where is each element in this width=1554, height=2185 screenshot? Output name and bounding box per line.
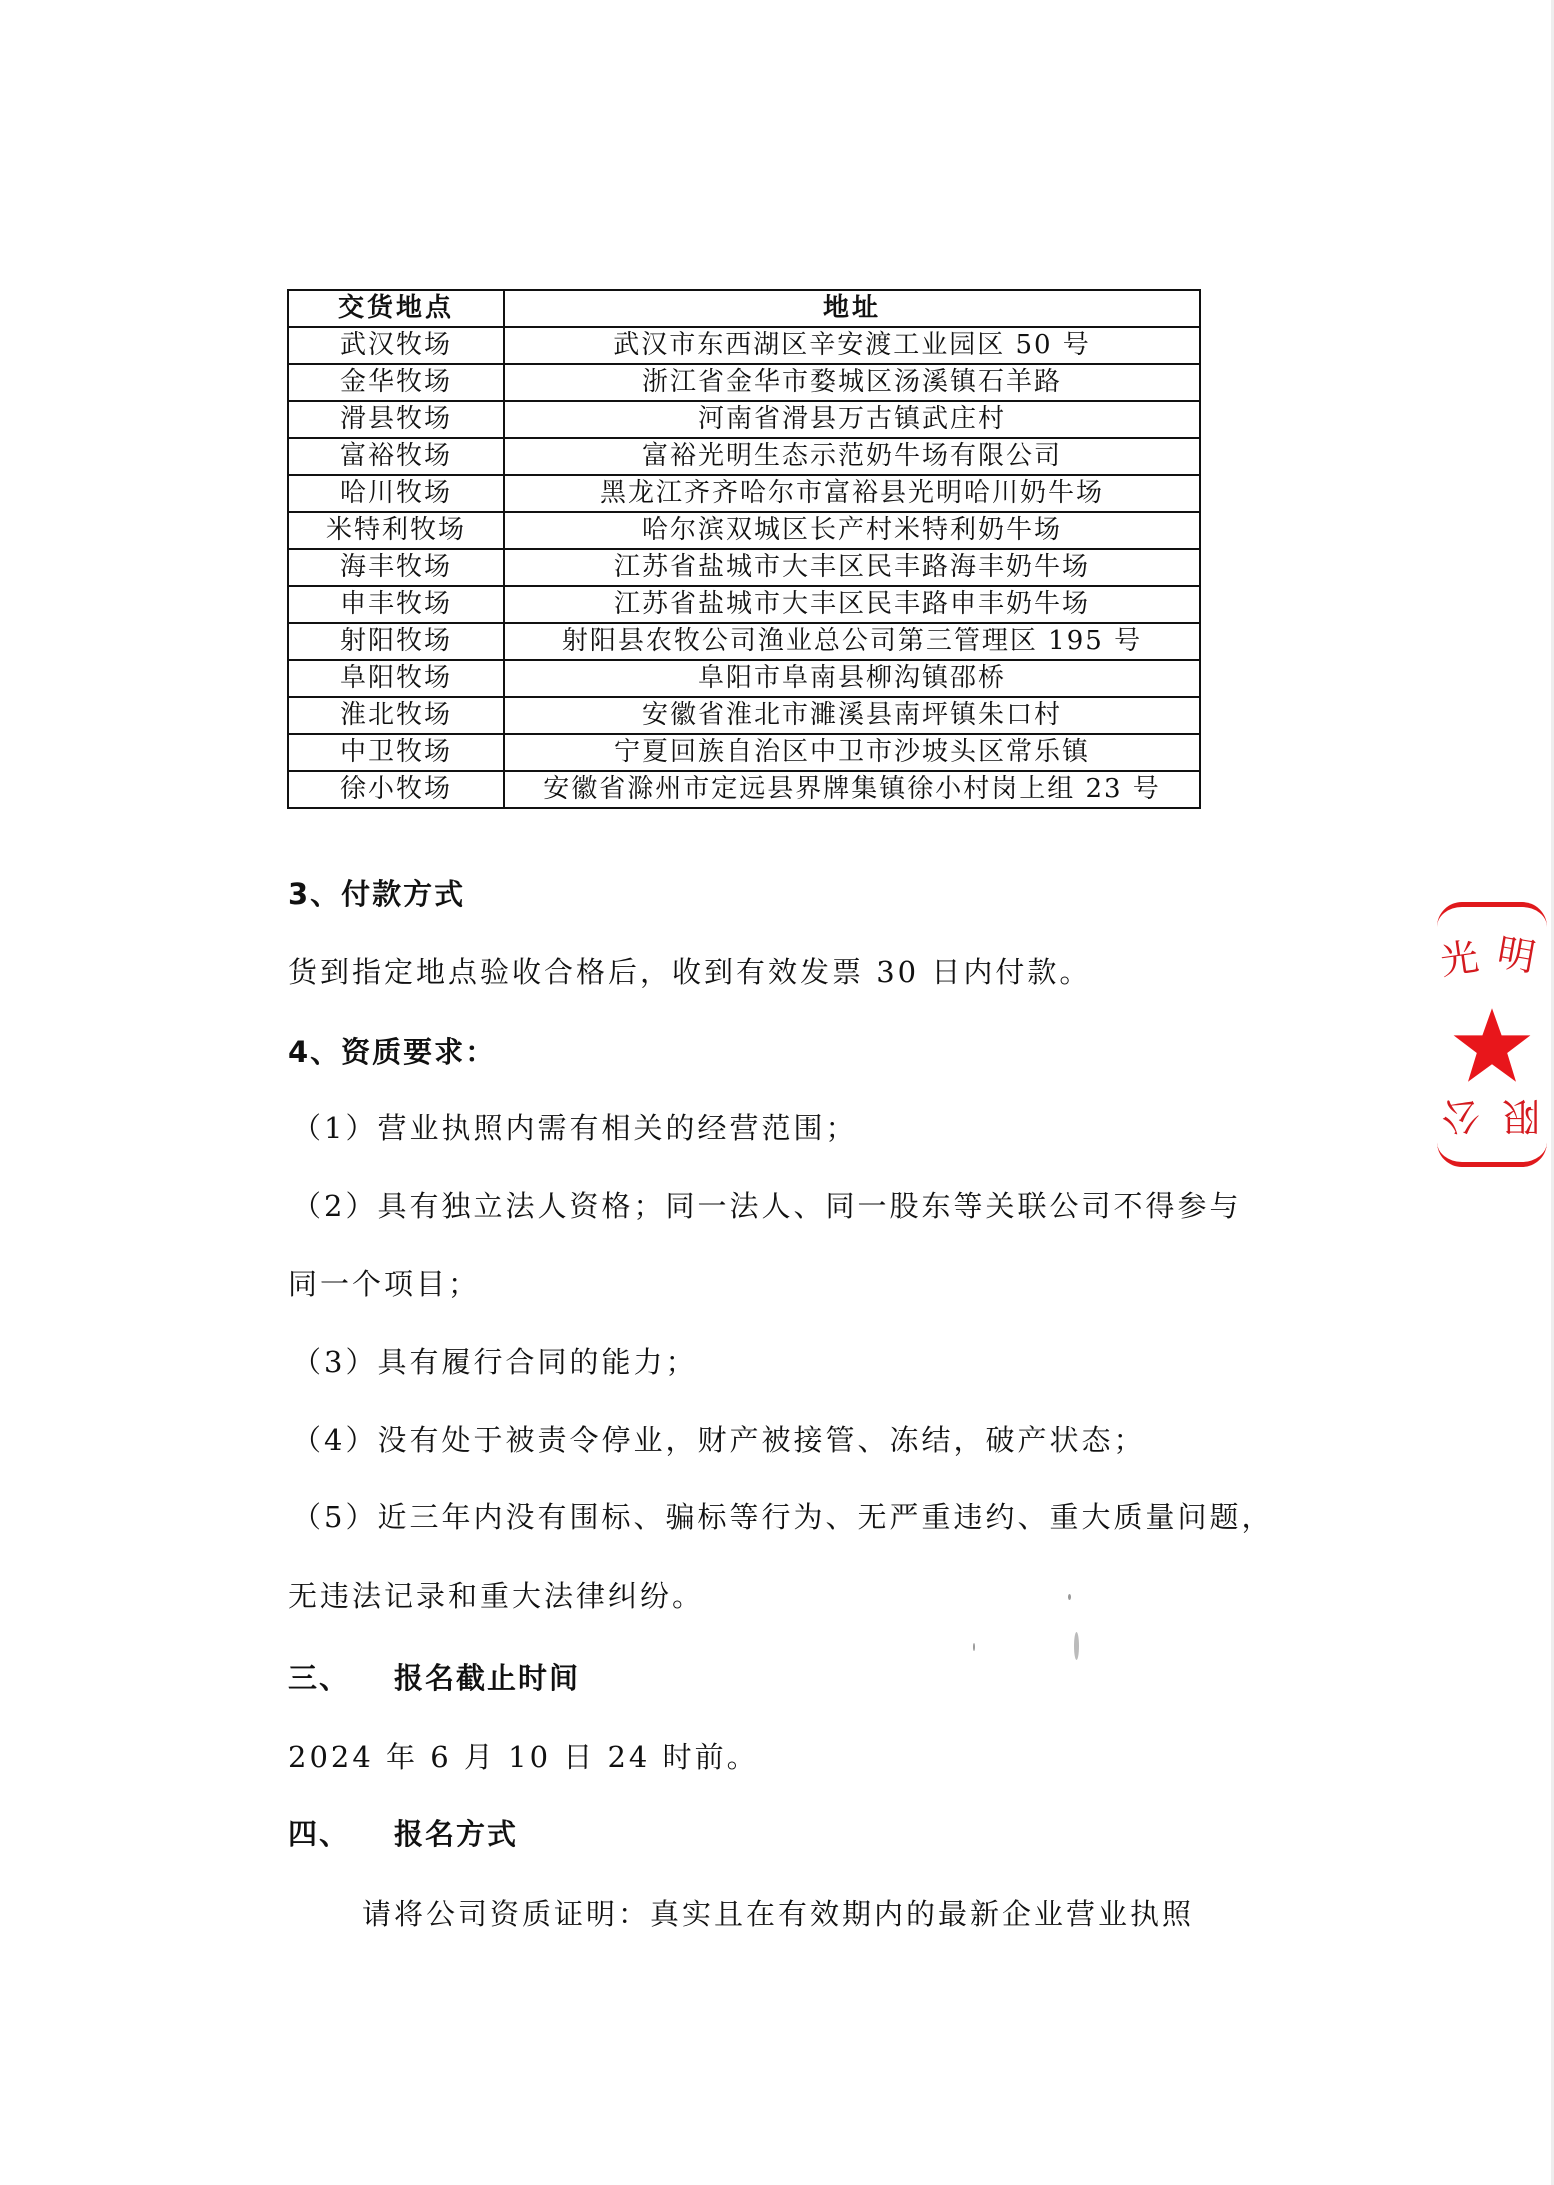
seal-char: 光 <box>1436 926 1481 986</box>
registration-number: 四、 <box>288 1817 350 1851</box>
company-seal: 光 明 公 限 <box>1432 880 1554 1180</box>
seal-arc-bottom <box>1437 1142 1547 1167</box>
seal-char: 明 <box>1494 921 1541 982</box>
table-header-row: 交货地点 地址 <box>288 290 1200 327</box>
qualification-item-5: （5）近三年内没有围标、骗标等行为、无严重违约、重大质量问题， <box>292 1495 1273 1536</box>
address-cell: 阜阳市阜南县柳沟镇邵桥 <box>504 660 1200 697</box>
table-row: 徐小牧场安徽省滁州市定远县界牌集镇徐小村岗上组 23 号 <box>288 771 1200 808</box>
registration-text: 请将公司资质证明：真实且在有效期内的最新企业营业执照 <box>362 1892 1194 1933</box>
address-cell: 安徽省淮北市濉溪县南坪镇朱口村 <box>504 697 1200 734</box>
table-row: 射阳牧场射阳县农牧公司渔业总公司第三管理区 195 号 <box>288 623 1200 660</box>
address-cell: 哈尔滨双城区长产村米特利奶牛场 <box>504 512 1200 549</box>
address-cell: 浙江省金华市婺城区汤溪镇石羊路 <box>504 364 1200 401</box>
address-cell: 宁夏回族自治区中卫市沙坡头区常乐镇 <box>504 734 1200 771</box>
location-cell: 哈川牧场 <box>288 475 504 512</box>
table-row: 淮北牧场安徽省淮北市濉溪县南坪镇朱口村 <box>288 697 1200 734</box>
deadline-number: 三、 <box>288 1661 350 1695</box>
location-cell: 滑县牧场 <box>288 401 504 438</box>
table-row: 米特利牧场哈尔滨双城区长产村米特利奶牛场 <box>288 512 1200 549</box>
document-page: 交货地点 地址 武汉牧场武汉市东西湖区辛安渡工业园区 50 号 金华牧场浙江省金… <box>0 0 1554 2185</box>
table-row: 申丰牧场江苏省盐城市大丰区民丰路申丰奶牛场 <box>288 586 1200 623</box>
registration-heading: 四、报名方式 <box>288 1812 518 1853</box>
table-row: 阜阳牧场阜阳市阜南县柳沟镇邵桥 <box>288 660 1200 697</box>
scan-speck <box>1068 1594 1071 1600</box>
scan-speck <box>1074 1632 1079 1660</box>
registration-title: 报名方式 <box>394 1817 518 1851</box>
qualification-item-3: （3）具有履行合同的能力； <box>292 1340 697 1381</box>
table-row: 金华牧场浙江省金华市婺城区汤溪镇石羊路 <box>288 364 1200 401</box>
location-cell: 射阳牧场 <box>288 623 504 660</box>
seal-char: 限 <box>1502 1092 1540 1147</box>
deadline-text: 2024 年 6 月 10 日 24 时前。 <box>288 1735 759 1776</box>
scan-speck <box>973 1643 975 1651</box>
location-cell: 中卫牧场 <box>288 734 504 771</box>
table-row: 哈川牧场黑龙江齐齐哈尔市富裕县光明哈川奶牛场 <box>288 475 1200 512</box>
address-cell: 江苏省盐城市大丰区民丰路申丰奶牛场 <box>504 586 1200 623</box>
qualification-item-2-cont: 同一个项目； <box>288 1262 480 1303</box>
location-cell: 武汉牧场 <box>288 327 504 364</box>
seal-star-icon <box>1452 1005 1532 1085</box>
deadline-heading: 三、报名截止时间 <box>288 1656 580 1697</box>
table-row: 富裕牧场富裕光明生态示范奶牛场有限公司 <box>288 438 1200 475</box>
location-cell: 阜阳牧场 <box>288 660 504 697</box>
column-header-address: 地址 <box>504 290 1200 327</box>
payment-heading: 3、付款方式 <box>288 872 465 913</box>
qualification-item-4: （4）没有处于被责令停业，财产被接管、冻结，破产状态； <box>292 1418 1145 1459</box>
address-cell: 富裕光明生态示范奶牛场有限公司 <box>504 438 1200 475</box>
location-cell: 徐小牧场 <box>288 771 504 808</box>
payment-text: 货到指定地点验收合格后，收到有效发票 30 日内付款。 <box>288 950 1091 991</box>
qualification-item-2: （2）具有独立法人资格；同一法人、同一股东等关联公司不得参与 <box>292 1184 1241 1225</box>
table-row: 武汉牧场武汉市东西湖区辛安渡工业园区 50 号 <box>288 327 1200 364</box>
location-cell: 海丰牧场 <box>288 549 504 586</box>
seal-arc-top <box>1437 902 1547 927</box>
location-cell: 富裕牧场 <box>288 438 504 475</box>
location-cell: 淮北牧场 <box>288 697 504 734</box>
table-row: 中卫牧场宁夏回族自治区中卫市沙坡头区常乐镇 <box>288 734 1200 771</box>
location-cell: 米特利牧场 <box>288 512 504 549</box>
address-cell: 射阳县农牧公司渔业总公司第三管理区 195 号 <box>504 623 1200 660</box>
table-row: 海丰牧场江苏省盐城市大丰区民丰路海丰奶牛场 <box>288 549 1200 586</box>
location-cell: 金华牧场 <box>288 364 504 401</box>
address-cell: 江苏省盐城市大丰区民丰路海丰奶牛场 <box>504 549 1200 586</box>
delivery-location-table: 交货地点 地址 武汉牧场武汉市东西湖区辛安渡工业园区 50 号 金华牧场浙江省金… <box>287 289 1201 809</box>
location-cell: 申丰牧场 <box>288 586 504 623</box>
qualification-heading: 4、资质要求： <box>288 1030 496 1071</box>
column-header-location: 交货地点 <box>288 290 504 327</box>
deadline-title: 报名截止时间 <box>394 1661 580 1695</box>
address-cell: 安徽省滁州市定远县界牌集镇徐小村岗上组 23 号 <box>504 771 1200 808</box>
address-cell: 黑龙江齐齐哈尔市富裕县光明哈川奶牛场 <box>504 475 1200 512</box>
qualification-item-1: （1）营业执照内需有相关的经营范围； <box>292 1106 857 1147</box>
address-cell: 河南省滑县万古镇武庄村 <box>504 401 1200 438</box>
qualification-item-5-cont: 无违法记录和重大法律纠纷。 <box>288 1574 704 1615</box>
seal-char: 公 <box>1442 1092 1480 1147</box>
address-cell: 武汉市东西湖区辛安渡工业园区 50 号 <box>504 327 1200 364</box>
table-row: 滑县牧场河南省滑县万古镇武庄村 <box>288 401 1200 438</box>
